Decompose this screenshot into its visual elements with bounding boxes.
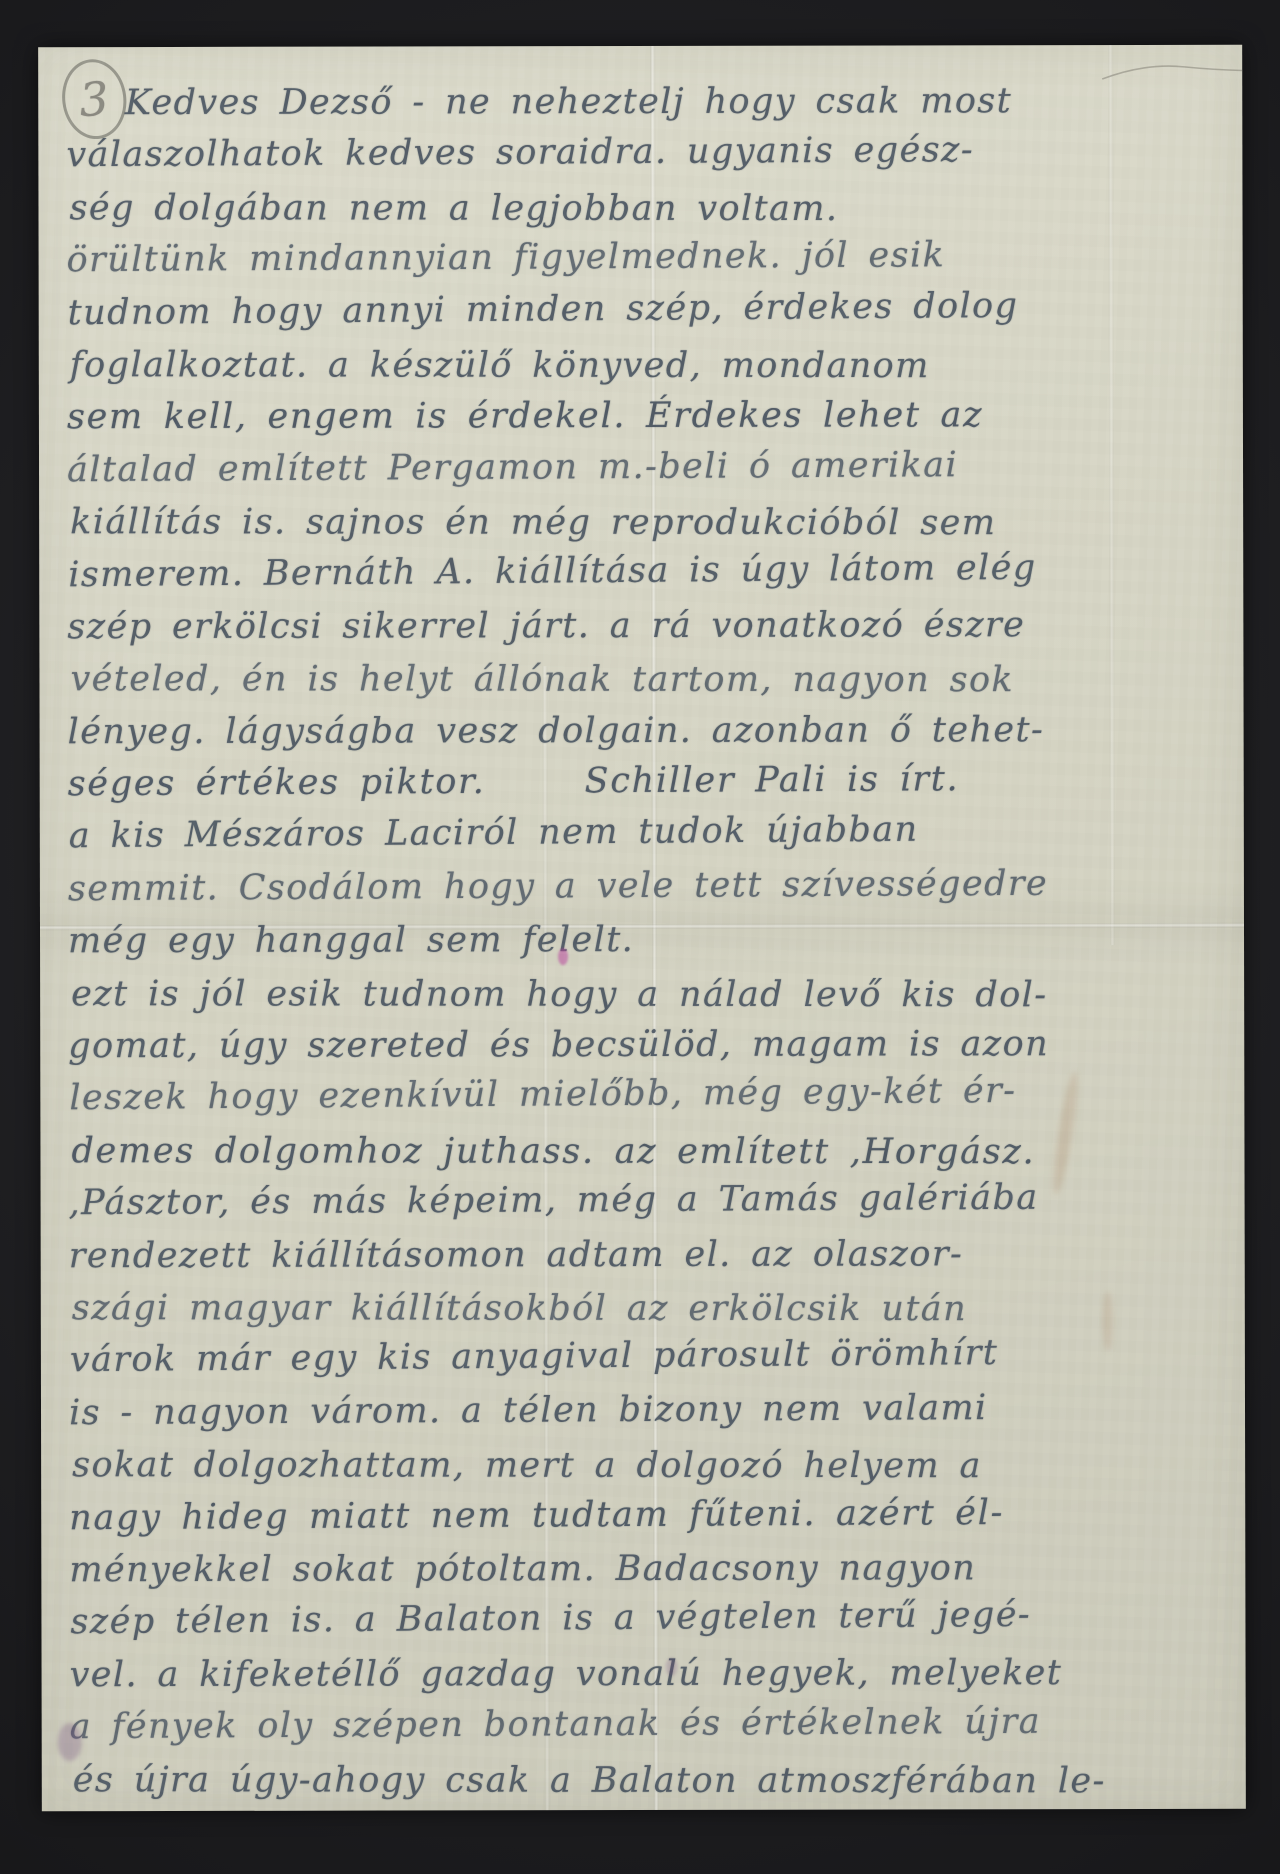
handwriting-line: demes dolgomhoz juthass. az említett ,Ho… — [71, 1125, 1241, 1179]
handwriting-line: a fények oly szépen bontanak és értékeln… — [70, 1695, 1240, 1754]
handwriting-line: várok már egy kis anyagival párosult örö… — [70, 1326, 1240, 1387]
handwriting-line: a kis Mészáros Laciról nem tudok újabban — [69, 802, 1239, 863]
handwriting-line: tudnom hogy annyi minden szép, érdekes d… — [68, 278, 1238, 339]
photo-background: 3 Kedves Dezső - ne neheztelj hogy csak … — [0, 0, 1280, 1874]
handwriting-line: még egy hanggal sem felelt. — [68, 913, 1238, 968]
handwriting-line: ség dolgában nem a legjobban voltam. — [69, 182, 1239, 236]
handwriting-line: ezt is jól esik tudnom hogy a nálad levő… — [71, 968, 1241, 1022]
handwriting-line: nagy hideg miatt nem tudtam fűteni. azér… — [69, 1485, 1239, 1544]
handwriting-text-block: Kedves Dezső - ne neheztelj hogy csak mo… — [66, 75, 1240, 1806]
letter-page: 3 Kedves Dezső - ne neheztelj hogy csak … — [38, 45, 1246, 1812]
handwriting-line: vel. a kifeketéllő gazdag vonalú hegyek,… — [70, 1646, 1240, 1701]
handwriting-line: válaszolhatok kedves soraidra. ugyanis e… — [66, 123, 1236, 182]
handwriting-line: örültünk mindannyian figyelmednek. jól e… — [66, 228, 1236, 287]
handwriting-line: semmit. Csodálom hogy a vele tett szíves… — [68, 857, 1238, 916]
handwriting-line: szép erkölcsi sikerrel járt. a rá vonatk… — [67, 599, 1237, 654]
handwriting-line: általad említett Pergamon m.-beli ó amer… — [67, 437, 1237, 496]
handwriting-line: sem kell, engem is érdekel. Érdekes lehe… — [67, 389, 1237, 444]
handwriting-line: Kedves Dezső - ne neheztelj hogy csak mo… — [66, 75, 1236, 130]
handwriting-line: lényeg. lágyságba vesz dolgain. azonban … — [68, 703, 1238, 758]
handwriting-line: sokat dolgozhattam, mert a dolgozó helye… — [72, 1439, 1242, 1493]
handwriting-line: ,Pásztor, és más képeim, még a Tamás gal… — [68, 1171, 1238, 1230]
handwriting-line: vételed, én is helyt állónak tartom, nag… — [70, 654, 1240, 708]
handwriting-line: rendezett kiállításomon adtam el. az ola… — [69, 1227, 1239, 1282]
handwriting-line: leszek hogy ezenkívül mielőbb, még egy-k… — [69, 1064, 1239, 1125]
handwriting-line: és újra úgy-ahogy csak a Balaton atmoszf… — [73, 1754, 1243, 1808]
handwriting-line: is - nagyon várom. a télen bizony nem va… — [69, 1380, 1239, 1439]
handwriting-line: foglalkoztat. a készülő könyved, mondano… — [70, 339, 1240, 393]
handwriting-line: szép télen is. a Balaton is a végtelen t… — [70, 1588, 1240, 1649]
handwriting-line: ismerem. Bernáth A. kiállítása is úgy lá… — [68, 540, 1238, 601]
